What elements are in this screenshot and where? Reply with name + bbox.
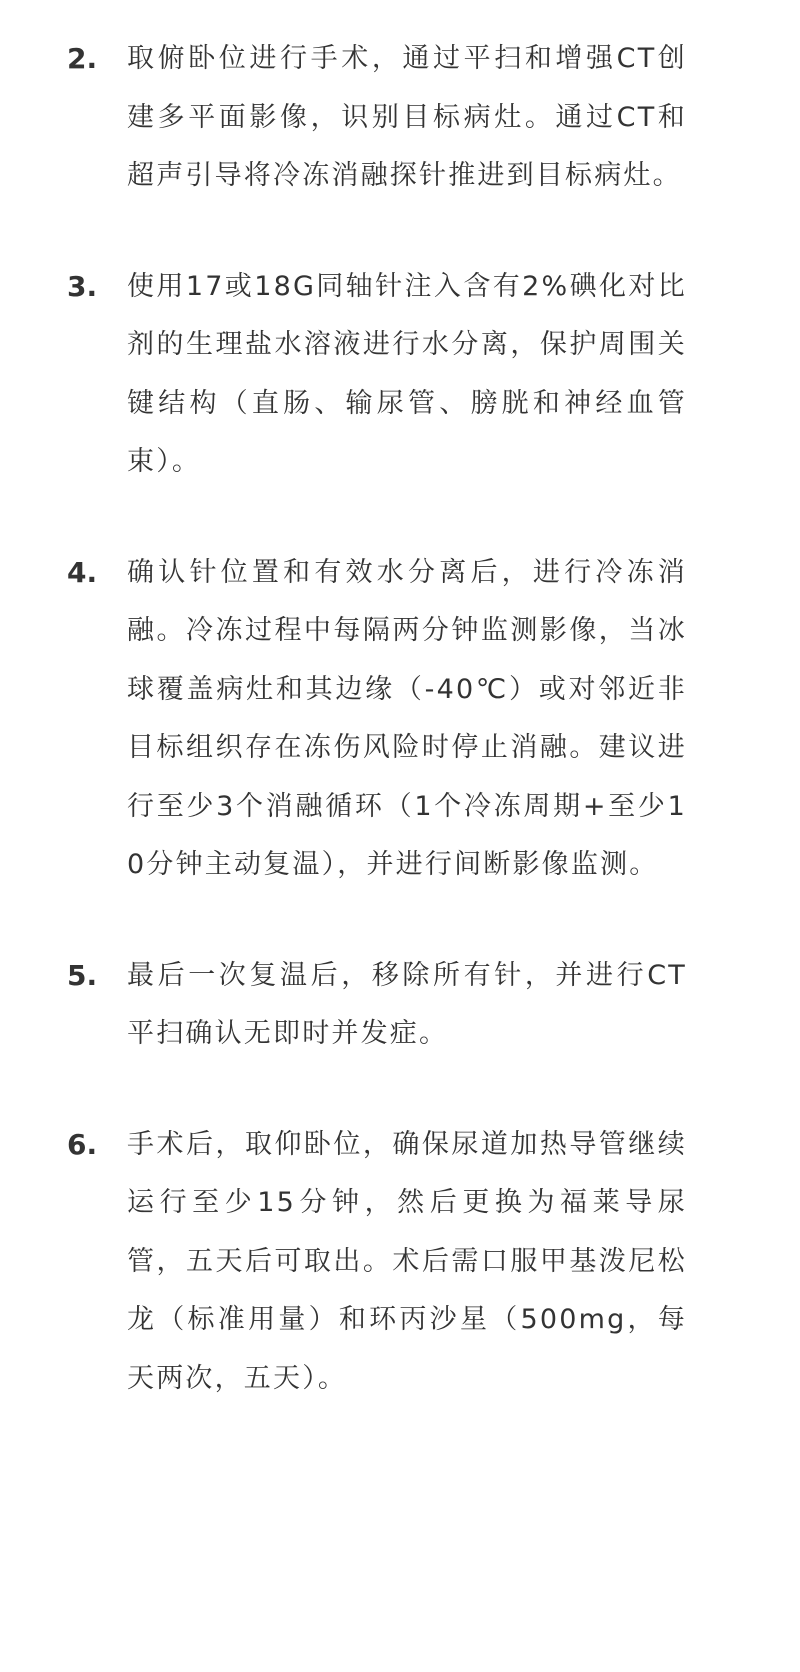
step-6: 6. 手术后，取仰卧位，确保尿道加热导管继续运行至少15分钟，然后更换为福莱导尿… [0,1116,800,1409]
step-number: 4. [67,544,127,602]
step-number: 5. [67,947,127,1005]
step-number: 3. [67,258,127,316]
step-number: 2. [67,30,127,88]
step-4: 4. 确认针位置和有效水分离后，进行冷冻消融。冷冻过程中每隔两分钟监测影像，当冰… [0,544,800,895]
procedure-steps-list: 2. 取俯卧位进行手术，通过平扫和增强CT创建多平面影像，识别目标病灶。通过CT… [0,0,800,1408]
step-3: 3. 使用17或18G同轴针注入含有2%碘化对比剂的生理盐水溶液进行水分离，保护… [0,258,800,492]
step-number: 6. [67,1116,127,1174]
step-text: 使用17或18G同轴针注入含有2%碘化对比剂的生理盐水溶液进行水分离，保护周围关… [127,258,687,492]
step-text: 取俯卧位进行手术，通过平扫和增强CT创建多平面影像，识别目标病灶。通过CT和超声… [127,30,687,206]
step-text: 确认针位置和有效水分离后，进行冷冻消融。冷冻过程中每隔两分钟监测影像，当冰球覆盖… [127,544,687,895]
step-text: 最后一次复温后，移除所有针，并进行CT平扫确认无即时并发症。 [127,947,687,1064]
step-text: 手术后，取仰卧位，确保尿道加热导管继续运行至少15分钟，然后更换为福莱导尿管，五… [127,1116,687,1409]
step-5: 5. 最后一次复温后，移除所有针，并进行CT平扫确认无即时并发症。 [0,947,800,1064]
step-2: 2. 取俯卧位进行手术，通过平扫和增强CT创建多平面影像，识别目标病灶。通过CT… [0,30,800,206]
